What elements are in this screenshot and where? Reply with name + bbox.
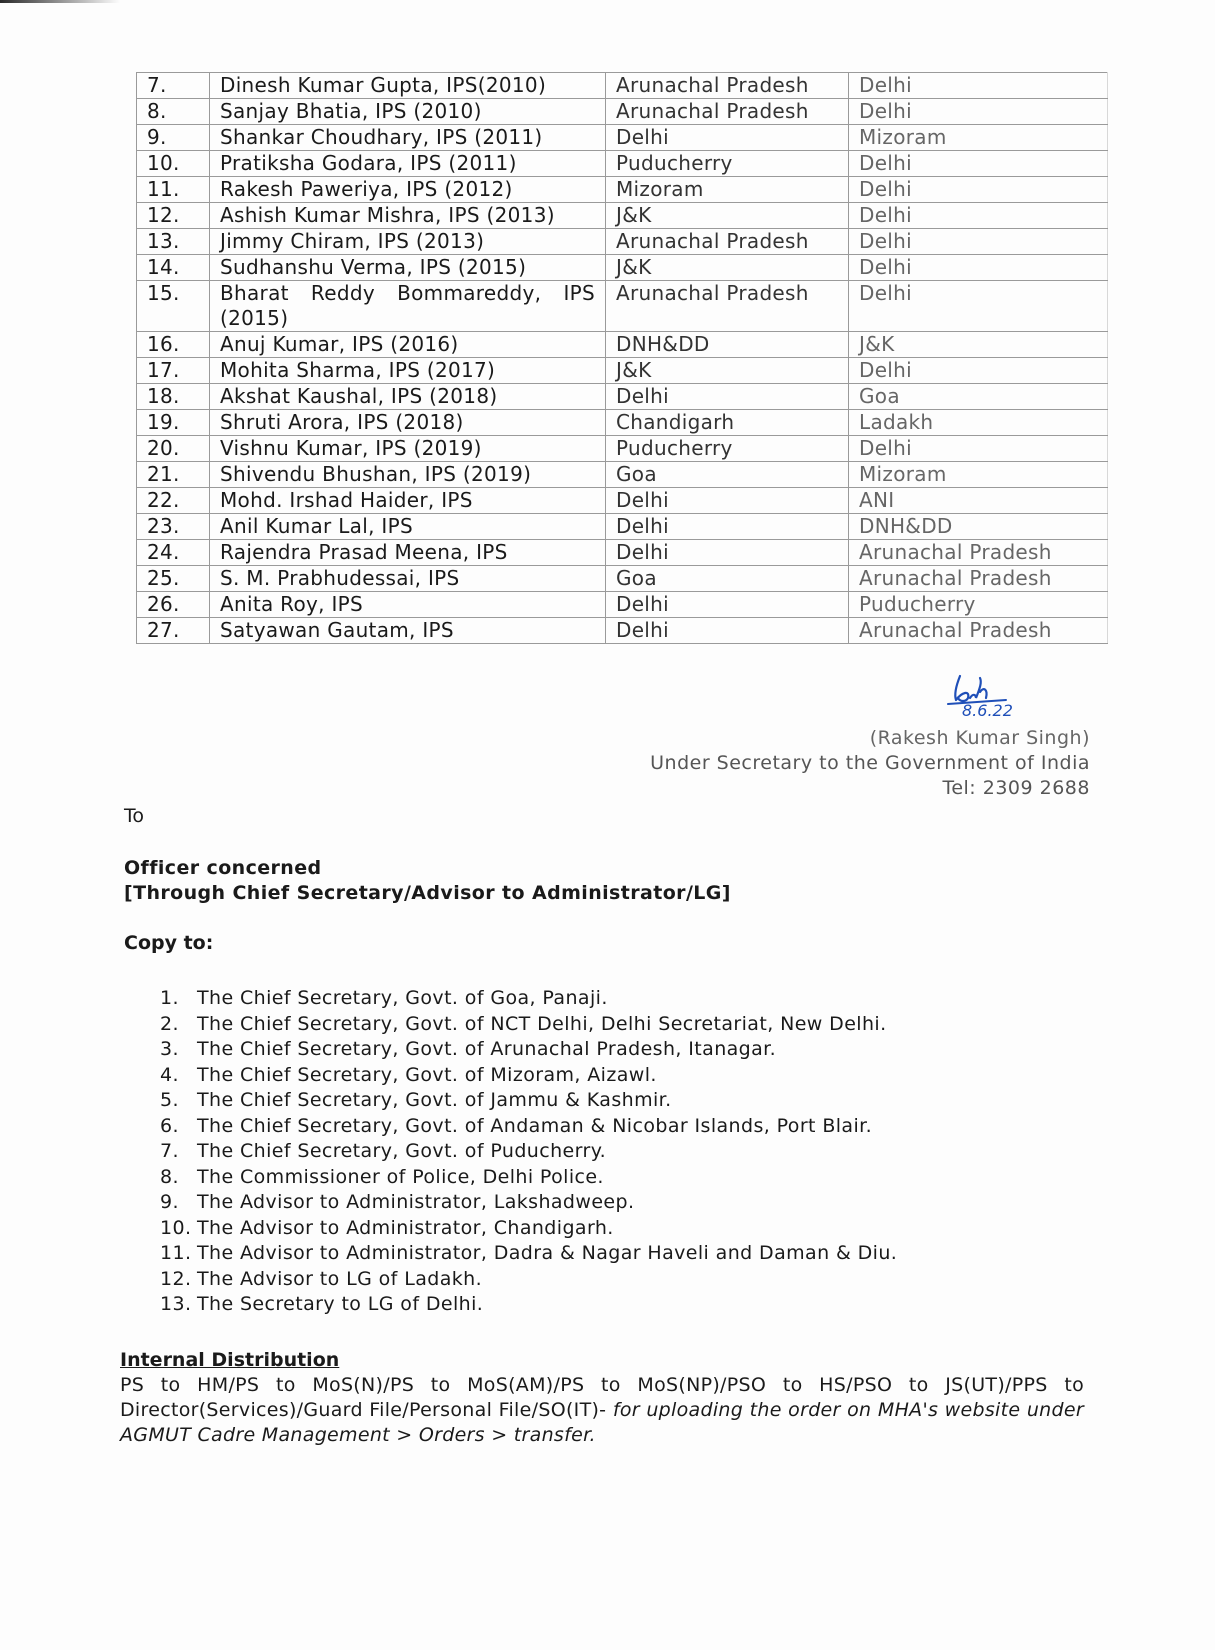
copy-to-item: 7.The Chief Secretary, Govt. of Puducher… (160, 1139, 897, 1165)
from-cadre-cell: Goa (606, 462, 849, 488)
officer-name-cell: Anuj Kumar, IPS (2016) (210, 332, 606, 358)
copy-to-item-text: The Advisor to Administrator, Chandigarh… (197, 1217, 614, 1239)
to-cadre-cell: Delhi (849, 281, 1108, 332)
serial-number-cell: 22. (137, 488, 210, 514)
table-row: 25.S. M. Prabhudessai, IPSGoaArunachal P… (137, 566, 1108, 592)
from-cadre-cell: Puducherry (606, 436, 849, 462)
from-cadre-cell: Delhi (606, 125, 849, 151)
serial-number-cell: 12. (137, 203, 210, 229)
officer-name-cell: Mohita Sharma, IPS (2017) (210, 358, 606, 384)
table-row: 10.Pratiksha Godara, IPS (2011)Puducherr… (137, 151, 1108, 177)
copy-to-item-text: The Chief Secretary, Govt. of Puducherry… (197, 1140, 606, 1162)
officer-name-cell: Shruti Arora, IPS (2018) (210, 410, 606, 436)
table-row: 11.Rakesh Paweriya, IPS (2012)MizoramDel… (137, 177, 1108, 203)
to-cadre-cell: Arunachal Pradesh (849, 566, 1108, 592)
from-cadre-cell: Delhi (606, 618, 849, 644)
copy-to-item-number: 1. (160, 986, 197, 1012)
copy-to-item: 9.The Advisor to Administrator, Lakshadw… (160, 1190, 897, 1216)
serial-number-cell: 17. (137, 358, 210, 384)
to-cadre-cell: Arunachal Pradesh (849, 618, 1108, 644)
table-row: 21.Shivendu Bhushan, IPS (2019)GoaMizora… (137, 462, 1108, 488)
serial-number-cell: 7. (137, 73, 210, 99)
copy-to-item: 12.The Advisor to LG of Ladakh. (160, 1267, 897, 1293)
to-cadre-cell: ANI (849, 488, 1108, 514)
copy-to-item: 6.The Chief Secretary, Govt. of Andaman … (160, 1114, 897, 1140)
copy-to-item-text: The Commissioner of Police, Delhi Police… (197, 1166, 604, 1188)
serial-number-cell: 19. (137, 410, 210, 436)
table-row: 16.Anuj Kumar, IPS (2016)DNH&DDJ&K (137, 332, 1108, 358)
serial-number-cell: 24. (137, 540, 210, 566)
copy-to-item-text: The Chief Secretary, Govt. of NCT Delhi,… (197, 1013, 887, 1035)
table-row: 19.Shruti Arora, IPS (2018)ChandigarhLad… (137, 410, 1108, 436)
copy-to-item-number: 10. (160, 1216, 197, 1242)
table-row: 17.Mohita Sharma, IPS (2017)J&KDelhi (137, 358, 1108, 384)
from-cadre-cell: Chandigarh (606, 410, 849, 436)
serial-number-cell: 13. (137, 229, 210, 255)
copy-to-item-number: 2. (160, 1012, 197, 1038)
officer-name-cell: Akshat Kaushal, IPS (2018) (210, 384, 606, 410)
copy-to-item: 1.The Chief Secretary, Govt. of Goa, Pan… (160, 986, 897, 1012)
to-cadre-cell: Arunachal Pradesh (849, 540, 1108, 566)
copy-to-item-text: The Advisor to Administrator, Lakshadwee… (197, 1191, 634, 1213)
to-cadre-cell: Mizoram (849, 125, 1108, 151)
to-cadre-cell: J&K (849, 332, 1108, 358)
to-cadre-cell: Ladakh (849, 410, 1108, 436)
officer-name-cell: Mohd. Irshad Haider, IPS (210, 488, 606, 514)
internal-distribution-text: PS to HM/PS to MoS(N)/PS to MoS(AM)/PS t… (120, 1373, 1084, 1448)
table-row: 15.Bharat Reddy Bommareddy, IPS (2015)Ar… (137, 281, 1108, 332)
table-row: 8.Sanjay Bhatia, IPS (2010)Arunachal Pra… (137, 99, 1108, 125)
officer-name-cell: Dinesh Kumar Gupta, IPS(2010) (210, 73, 606, 99)
signature-icon: 8.6.22 (940, 668, 1050, 718)
copy-to-item-number: 7. (160, 1139, 197, 1165)
to-cadre-cell: Delhi (849, 73, 1108, 99)
to-cadre-cell: Delhi (849, 177, 1108, 203)
from-cadre-cell: Arunachal Pradesh (606, 229, 849, 255)
serial-number-cell: 20. (137, 436, 210, 462)
addressee: Officer concerned [Through Chief Secreta… (124, 856, 731, 906)
table-row: 27.Satyawan Gautam, IPSDelhiArunachal Pr… (137, 618, 1108, 644)
table-row: 9.Shankar Choudhary, IPS (2011)DelhiMizo… (137, 125, 1108, 151)
serial-number-cell: 23. (137, 514, 210, 540)
serial-number-cell: 8. (137, 99, 210, 125)
officer-name-cell: S. M. Prabhudessai, IPS (210, 566, 606, 592)
copy-to-item-number: 5. (160, 1088, 197, 1114)
from-cadre-cell: Delhi (606, 592, 849, 618)
from-cadre-cell: Delhi (606, 488, 849, 514)
serial-number-cell: 21. (137, 462, 210, 488)
copy-to-item-number: 8. (160, 1165, 197, 1191)
officer-name-cell: Bharat Reddy Bommareddy, IPS (2015) (210, 281, 606, 332)
from-cadre-cell: Delhi (606, 540, 849, 566)
to-cadre-cell: Puducherry (849, 592, 1108, 618)
serial-number-cell: 16. (137, 332, 210, 358)
officer-name-cell: Sanjay Bhatia, IPS (2010) (210, 99, 606, 125)
copy-to-item-number: 11. (160, 1241, 197, 1267)
copy-to-item-text: The Chief Secretary, Govt. of Mizoram, A… (197, 1064, 657, 1086)
copy-to-item: 13.The Secretary to LG of Delhi. (160, 1292, 897, 1318)
copy-to-item-text: The Chief Secretary, Govt. of Arunachal … (197, 1038, 776, 1060)
table-row: 24.Rajendra Prasad Meena, IPSDelhiArunac… (137, 540, 1108, 566)
internal-distribution-title: Internal Distribution (120, 1349, 339, 1371)
to-cadre-cell: Mizoram (849, 462, 1108, 488)
copy-to-item-number: 9. (160, 1190, 197, 1216)
copy-to-item-text: The Chief Secretary, Govt. of Jammu & Ka… (197, 1089, 672, 1111)
copy-to-item: 10.The Advisor to Administrator, Chandig… (160, 1216, 897, 1242)
officer-name-cell: Rakesh Paweriya, IPS (2012) (210, 177, 606, 203)
serial-number-cell: 26. (137, 592, 210, 618)
copy-to-item-number: 3. (160, 1037, 197, 1063)
from-cadre-cell: Arunachal Pradesh (606, 99, 849, 125)
table-row: 26.Anita Roy, IPSDelhiPuducherry (137, 592, 1108, 618)
to-cadre-cell: Delhi (849, 255, 1108, 281)
from-cadre-cell: Delhi (606, 514, 849, 540)
from-cadre-cell: Arunachal Pradesh (606, 281, 849, 332)
officer-name-cell: Vishnu Kumar, IPS (2019) (210, 436, 606, 462)
to-cadre-cell: Delhi (849, 229, 1108, 255)
signatory-designation: Under Secretary to the Government of Ind… (650, 751, 1090, 776)
signature: 8.6.22 (940, 668, 1050, 718)
copy-to-item: 11.The Advisor to Administrator, Dadra &… (160, 1241, 897, 1267)
from-cadre-cell: J&K (606, 358, 849, 384)
officer-name-cell: Anil Kumar Lal, IPS (210, 514, 606, 540)
officer-name-cell: Shivendu Bhushan, IPS (2019) (210, 462, 606, 488)
serial-number-cell: 25. (137, 566, 210, 592)
copy-to-item-number: 13. (160, 1292, 197, 1318)
from-cadre-cell: J&K (606, 203, 849, 229)
table-row: 13.Jimmy Chiram, IPS (2013)Arunachal Pra… (137, 229, 1108, 255)
serial-number-cell: 27. (137, 618, 210, 644)
copy-to-list: 1.The Chief Secretary, Govt. of Goa, Pan… (160, 986, 897, 1318)
copy-to-item-number: 12. (160, 1267, 197, 1293)
from-cadre-cell: Mizoram (606, 177, 849, 203)
scan-edge-shadow (0, 0, 120, 3)
copy-to-item: 3.The Chief Secretary, Govt. of Arunacha… (160, 1037, 897, 1063)
table-row: 20.Vishnu Kumar, IPS (2019)PuducherryDel… (137, 436, 1108, 462)
copy-to-item-text: The Advisor to LG of Ladakh. (197, 1268, 482, 1290)
serial-number-cell: 10. (137, 151, 210, 177)
addressee-line-2: [Through Chief Secretary/Advisor to Admi… (124, 881, 731, 906)
svg-text:8.6.22: 8.6.22 (962, 701, 1013, 718)
officer-name-cell: Jimmy Chiram, IPS (2013) (210, 229, 606, 255)
table-row: 18.Akshat Kaushal, IPS (2018)DelhiGoa (137, 384, 1108, 410)
officer-name-cell: Satyawan Gautam, IPS (210, 618, 606, 644)
copy-to-item: 5.The Chief Secretary, Govt. of Jammu & … (160, 1088, 897, 1114)
copy-to-label: Copy to: (124, 932, 213, 954)
signatory-tel: Tel: 2309 2688 (650, 776, 1090, 801)
table-row: 14.Sudhanshu Verma, IPS (2015)J&KDelhi (137, 255, 1108, 281)
serial-number-cell: 15. (137, 281, 210, 332)
officer-name-cell: Rajendra Prasad Meena, IPS (210, 540, 606, 566)
to-label: To (124, 805, 144, 827)
copy-to-item-text: The Chief Secretary, Govt. of Goa, Panaj… (197, 987, 608, 1009)
to-cadre-cell: Delhi (849, 358, 1108, 384)
to-cadre-cell: Delhi (849, 203, 1108, 229)
from-cadre-cell: Puducherry (606, 151, 849, 177)
officer-name-cell: Pratiksha Godara, IPS (2011) (210, 151, 606, 177)
copy-to-item: 4.The Chief Secretary, Govt. of Mizoram,… (160, 1063, 897, 1089)
table-row: 22.Mohd. Irshad Haider, IPSDelhiANI (137, 488, 1108, 514)
copy-to-item: 8.The Commissioner of Police, Delhi Poli… (160, 1165, 897, 1191)
copy-to-item-text: The Secretary to LG of Delhi. (197, 1293, 483, 1315)
table-row: 7.Dinesh Kumar Gupta, IPS(2010)Arunachal… (137, 73, 1108, 99)
from-cadre-cell: J&K (606, 255, 849, 281)
serial-number-cell: 9. (137, 125, 210, 151)
signatory-name: (Rakesh Kumar Singh) (650, 726, 1090, 751)
copy-to-item-number: 6. (160, 1114, 197, 1140)
from-cadre-cell: Arunachal Pradesh (606, 73, 849, 99)
table-row: 23.Anil Kumar Lal, IPSDelhiDNH&DD (137, 514, 1108, 540)
transfer-table: 7.Dinesh Kumar Gupta, IPS(2010)Arunachal… (136, 72, 1108, 644)
serial-number-cell: 14. (137, 255, 210, 281)
officer-name-cell: Ashish Kumar Mishra, IPS (2013) (210, 203, 606, 229)
to-cadre-cell: DNH&DD (849, 514, 1108, 540)
serial-number-cell: 18. (137, 384, 210, 410)
to-cadre-cell: Goa (849, 384, 1108, 410)
transfer-table-body: 7.Dinesh Kumar Gupta, IPS(2010)Arunachal… (137, 73, 1108, 644)
officer-name-cell: Anita Roy, IPS (210, 592, 606, 618)
from-cadre-cell: Goa (606, 566, 849, 592)
table-row: 12.Ashish Kumar Mishra, IPS (2013)J&KDel… (137, 203, 1108, 229)
from-cadre-cell: DNH&DD (606, 332, 849, 358)
officer-name-cell: Shankar Choudhary, IPS (2011) (210, 125, 606, 151)
to-cadre-cell: Delhi (849, 151, 1108, 177)
signatory-block: (Rakesh Kumar Singh) Under Secretary to … (650, 726, 1090, 801)
serial-number-cell: 11. (137, 177, 210, 203)
addressee-line-1: Officer concerned (124, 856, 731, 881)
officer-name-cell: Sudhanshu Verma, IPS (2015) (210, 255, 606, 281)
copy-to-item-text: The Advisor to Administrator, Dadra & Na… (197, 1242, 897, 1264)
copy-to-item-text: The Chief Secretary, Govt. of Andaman & … (197, 1115, 872, 1137)
to-cadre-cell: Delhi (849, 99, 1108, 125)
copy-to-item-number: 4. (160, 1063, 197, 1089)
from-cadre-cell: Delhi (606, 384, 849, 410)
to-cadre-cell: Delhi (849, 436, 1108, 462)
copy-to-item: 2.The Chief Secretary, Govt. of NCT Delh… (160, 1012, 897, 1038)
